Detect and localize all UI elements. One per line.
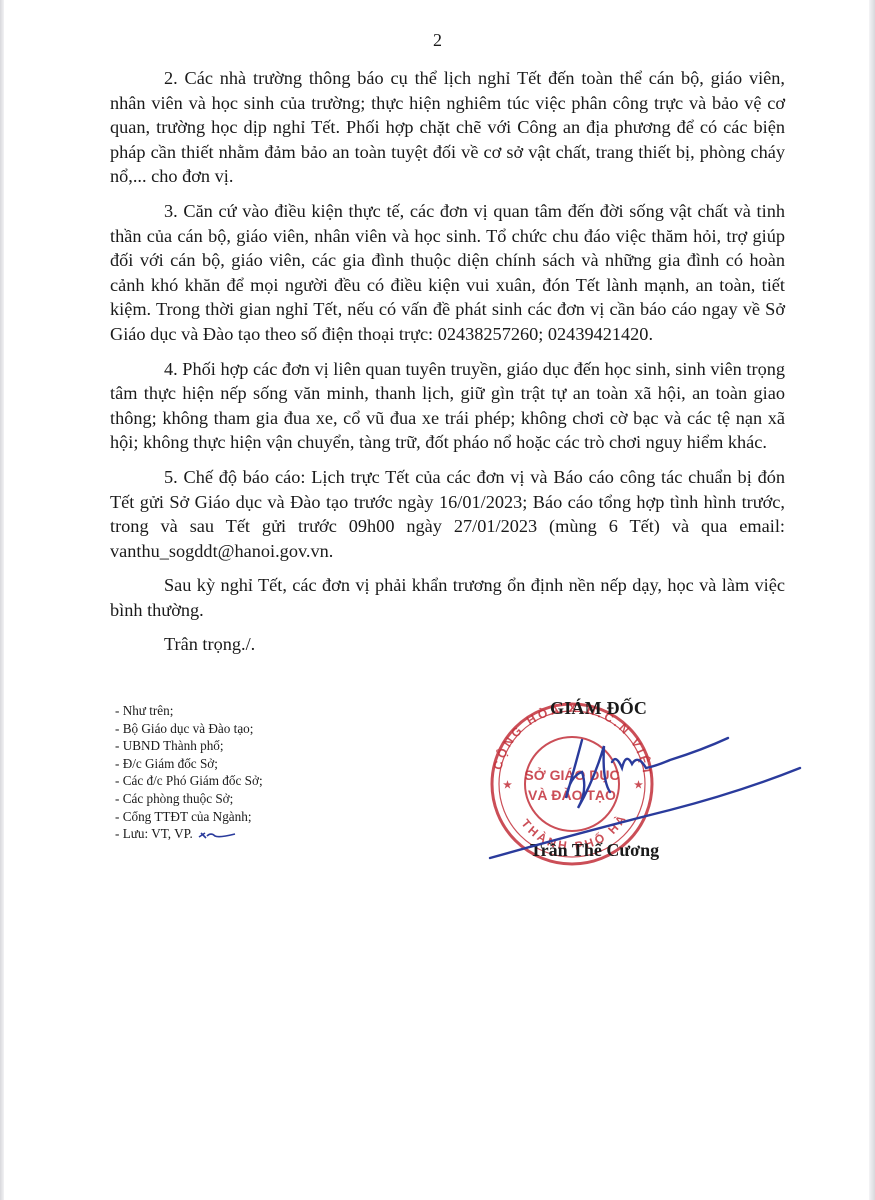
paragraph-4: 4. Phối hợp các đơn vị liên quan tuyên t…: [110, 357, 785, 455]
initials-mark-icon: [197, 830, 237, 840]
signature-block: CỘNG HÒA X.H.C.N VIỆT NAM THÀNH PHỐ HÀ N…: [470, 680, 810, 880]
handwritten-signature-icon: [470, 680, 810, 880]
recipient-item: - Các phòng thuộc Sở;: [115, 790, 263, 808]
paragraph-2: 2. Các nhà trường thông báo cụ thể lịch …: [110, 66, 785, 189]
page-edge-right: [869, 0, 875, 1200]
recipient-item: - Như trên;: [115, 702, 263, 720]
document-body: 2. Các nhà trường thông báo cụ thể lịch …: [110, 66, 785, 667]
recipient-item: - Lưu: VT, VP.: [115, 826, 193, 841]
recipient-item: - UBND Thành phố;: [115, 737, 263, 755]
recipient-item: - Bộ Giáo dục và Đào tạo;: [115, 720, 263, 738]
paragraph-after-holiday: Sau kỳ nghỉ Tết, các đơn vị phải khẩn tr…: [110, 573, 785, 622]
closing-regards: Trân trọng./.: [110, 632, 785, 657]
recipients-list: - Như trên; - Bộ Giáo dục và Đào tạo; - …: [115, 702, 263, 843]
paragraph-5: 5. Chế độ báo cáo: Lịch trực Tết của các…: [110, 465, 785, 563]
page-number: 2: [0, 30, 875, 51]
recipient-item: - Cổng TTĐT của Ngành;: [115, 808, 263, 826]
recipient-item: - Đ/c Giám đốc Sở;: [115, 755, 263, 773]
page-edge-left: [0, 0, 4, 1200]
recipient-item: - Các đ/c Phó Giám đốc Sở;: [115, 772, 263, 790]
paragraph-3: 3. Căn cứ vào điều kiện thực tế, các đơn…: [110, 199, 785, 347]
